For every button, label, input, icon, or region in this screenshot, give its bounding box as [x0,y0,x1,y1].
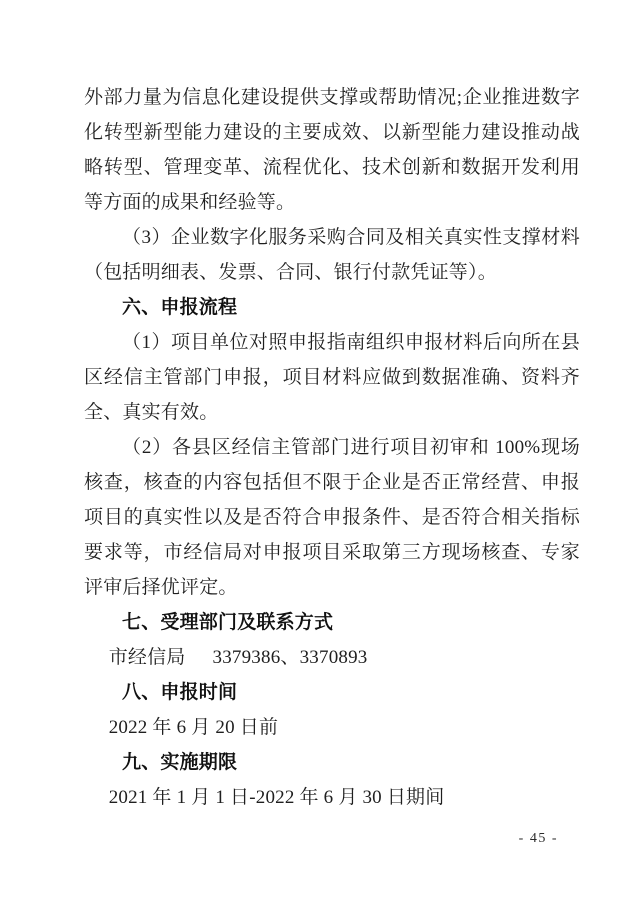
contact-line: 市经信局3379386、3370893 [84,640,580,675]
paragraph-item-3: （3）企业数字化服务采购合同及相关真实性支撑材料（包括明细表、发票、合同、银行付… [84,220,580,290]
document-body: 外部力量为信息化建设提供支撑或帮助情况;企业推进数字化转型新型能力建设的主要成效… [84,80,580,815]
page-number: - 45 - [519,830,558,848]
application-deadline: 2022 年 6 月 20 日前 [84,710,580,745]
implementation-period: 2021 年 1 月 1 日-2022 年 6 月 30 日期间 [84,780,580,815]
section-heading-8-application-time: 八、申报时间 [84,675,580,710]
section-heading-9-implementation-period: 九、实施期限 [84,745,580,780]
paragraph-item-1: （1）项目单位对照申报指南组织申报材料后向所在县区经信主管部门申报，项目材料应做… [84,325,580,430]
document-page: 外部力量为信息化建设提供支撑或帮助情况;企业推进数字化转型新型能力建设的主要成效… [0,0,642,907]
section-heading-6-application-process: 六、申报流程 [84,290,580,325]
contact-phone-numbers: 3379386、3370893 [213,647,368,668]
contact-department: 市经信局 [109,647,186,668]
paragraph-continuation: 外部力量为信息化建设提供支撑或帮助情况;企业推进数字化转型新型能力建设的主要成效… [84,80,580,220]
paragraph-item-2: （2）各县区经信主管部门进行项目初审和 100%现场核查，核查的内容包括但不限于… [84,430,580,605]
section-heading-7-accepting-department: 七、受理部门及联系方式 [84,605,580,640]
